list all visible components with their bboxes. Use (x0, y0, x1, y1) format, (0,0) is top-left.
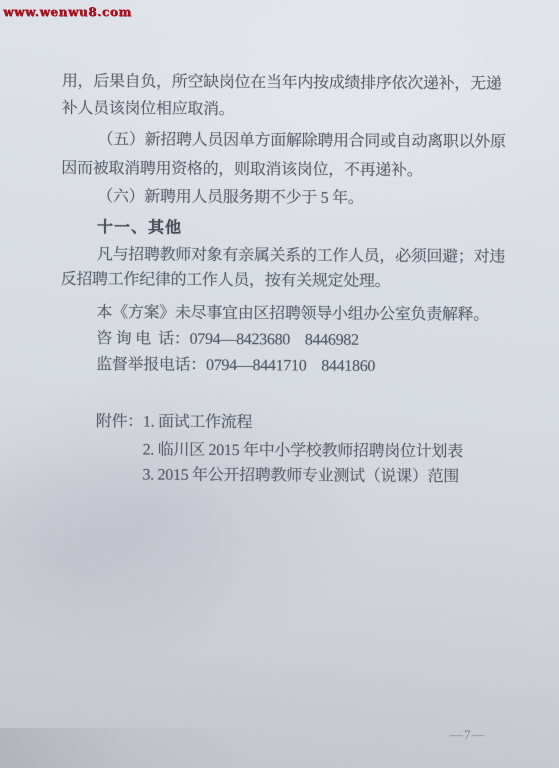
document-text-block: 用，后果自负，所空缺岗位在当年内按成绩排序依次递补，无递 补人员该岗位相应取消。… (0, 0, 559, 768)
attachment-line-3: 3. 2015 年公开招聘教师专业测试（说课）范围 (59, 461, 559, 487)
clause-six-line: （六）新聘用人员服务期不少于 5 年。 (61, 183, 559, 209)
avoidance-rule-line-2: 反招聘工作纪律的工作人员，按有关规定处理。 (61, 266, 531, 292)
report-phone-line: 监督举报电话：0794—8441710 8441860 (60, 351, 559, 377)
attachment-line-1: 附件：1. 面试工作流程 (60, 408, 559, 434)
interpretation-line: 本《方案》未尽事宜由区招聘领导小组办公室负责解释。 (60, 299, 559, 325)
scanned-document-page: www.wenwu8.com 用，后果自负，所空缺岗位在当年内按成绩排序依次递补… (0, 0, 559, 768)
clause-five-line-2: 因而被取消聘用资格的，则取消该岗位，不再递补。 (61, 155, 531, 181)
body-line-continuation-2: 补人员该岗位相应取消。 (62, 95, 532, 121)
clause-five-line-1: （五）新招聘人员因单方面解除聘用合同或自动离职以外原 (61, 126, 559, 152)
section-heading-eleven-other: 十一、其他 (61, 214, 559, 240)
page-number: —7— (450, 727, 486, 743)
consult-phone-line: 咨 询 电 话：0794—8423680 8446982 (60, 325, 559, 351)
avoidance-rule-line-1: 凡与招聘教师对象有亲属关系的工作人员，必须回避；对违 (61, 241, 559, 267)
body-line-continuation-1: 用，后果自负，所空缺岗位在当年内按成绩排序依次递补，无递 (62, 68, 532, 94)
attachment-line-2: 2. 临川区 2015 年中小学校教师招聘岗位计划表 (60, 436, 559, 462)
